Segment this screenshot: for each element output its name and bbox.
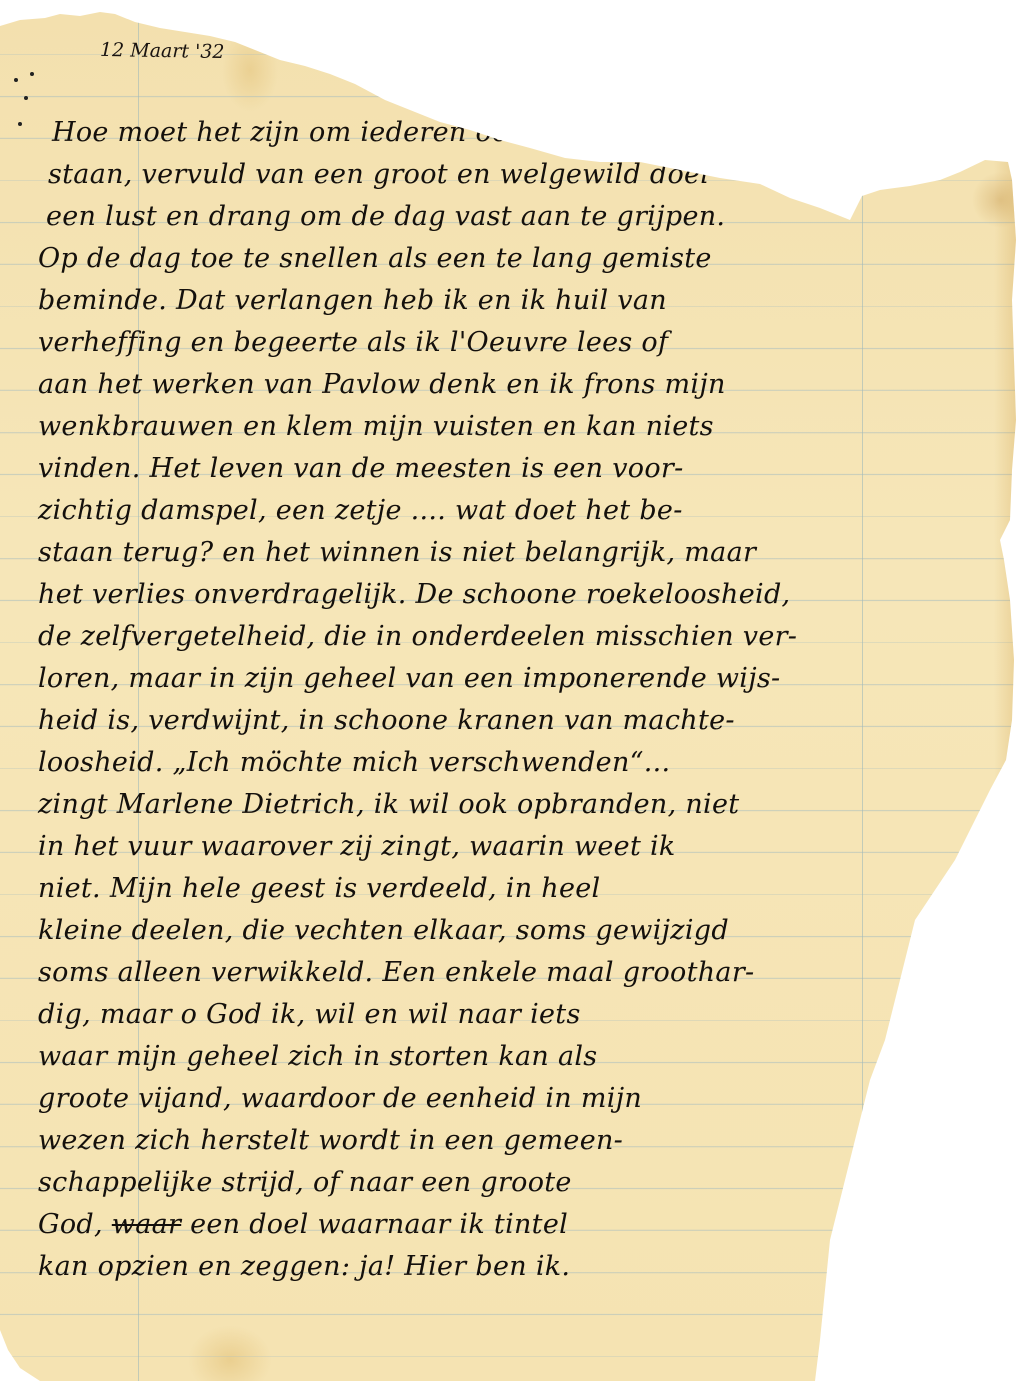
text-line: in het vuur waarover zij zingt, waarin w… [38, 826, 998, 868]
text-line: vinden. Het leven van de meesten is een … [38, 448, 998, 490]
text-line: niet. Mijn hele geest is verdeeld, in he… [38, 868, 998, 910]
edge-stain [994, 160, 1024, 810]
ink-dot [14, 78, 18, 82]
text-line: Hoe moet het zijn om iederen ochtend op … [38, 112, 998, 154]
text-line: kleine deelen, die vechten elkaar, soms … [38, 910, 998, 952]
text-line: wezen zich herstelt wordt in een gemeen- [38, 1120, 998, 1162]
ink-dot [18, 122, 22, 126]
text-line: staan terug? en het winnen is niet belan… [38, 532, 998, 574]
entry-date: 12 Maart '32 [100, 39, 225, 63]
text-line-with-strikethrough: God, waar een doel waarnaar ik tintel [38, 1204, 998, 1246]
text-line: schappelijke strijd, of naar een groote [38, 1162, 998, 1204]
text-line: loren, maar in zijn geheel van een impon… [38, 658, 998, 700]
text-line: zichtig damspel, een zetje .... wat doet… [38, 490, 998, 532]
text-line: heid is, verdwijnt, in schoone kranen va… [38, 700, 998, 742]
text-line: waar mijn geheel zich in storten kan als [38, 1036, 998, 1078]
text-line: soms alleen verwikkeld. Een enkele maal … [38, 952, 998, 994]
ink-dot [24, 96, 28, 100]
text-line: staan, vervuld van een groot en welgewil… [38, 154, 998, 196]
text-line: zingt Marlene Dietrich, ik wil ook opbra… [38, 784, 998, 826]
text-line: loosheid. „Ich möchte mich verschwenden“… [38, 742, 998, 784]
text-line: beminde. Dat verlangen heb ik en ik huil… [38, 280, 998, 322]
text-line: dig, maar o God ik, wil en wil naar iets [38, 994, 998, 1036]
text-line: Op de dag toe te snellen als een te lang… [38, 238, 998, 280]
handwritten-body: Hoe moet het zijn om iederen ochtend op … [38, 112, 998, 1288]
ink-dots [10, 70, 40, 130]
text-line: een lust en drang om de dag vast aan te … [38, 196, 998, 238]
text-line: de zelfvergetelheid, die in onderdeelen … [38, 616, 998, 658]
text-line: wenkbrauwen en klem mijn vuisten en kan … [38, 406, 998, 448]
text-line: kan opzien en zeggen: ja! Hier ben ik. [38, 1246, 998, 1288]
text-line: het verlies onverdragelijk. De schoone r… [38, 574, 998, 616]
ink-dot [30, 72, 34, 76]
text-line: verheffing en begeerte als ik l'Oeuvre l… [38, 322, 998, 364]
text-line: groote vijand, waardoor de eenheid in mi… [38, 1078, 998, 1120]
text-line: aan het werken van Pavlow denk en ik fro… [38, 364, 998, 406]
struck-word: waar [112, 1209, 181, 1240]
torn-notebook-page: 12 Maart '32 Hoe moet het zijn om iedere… [0, 0, 1024, 1381]
